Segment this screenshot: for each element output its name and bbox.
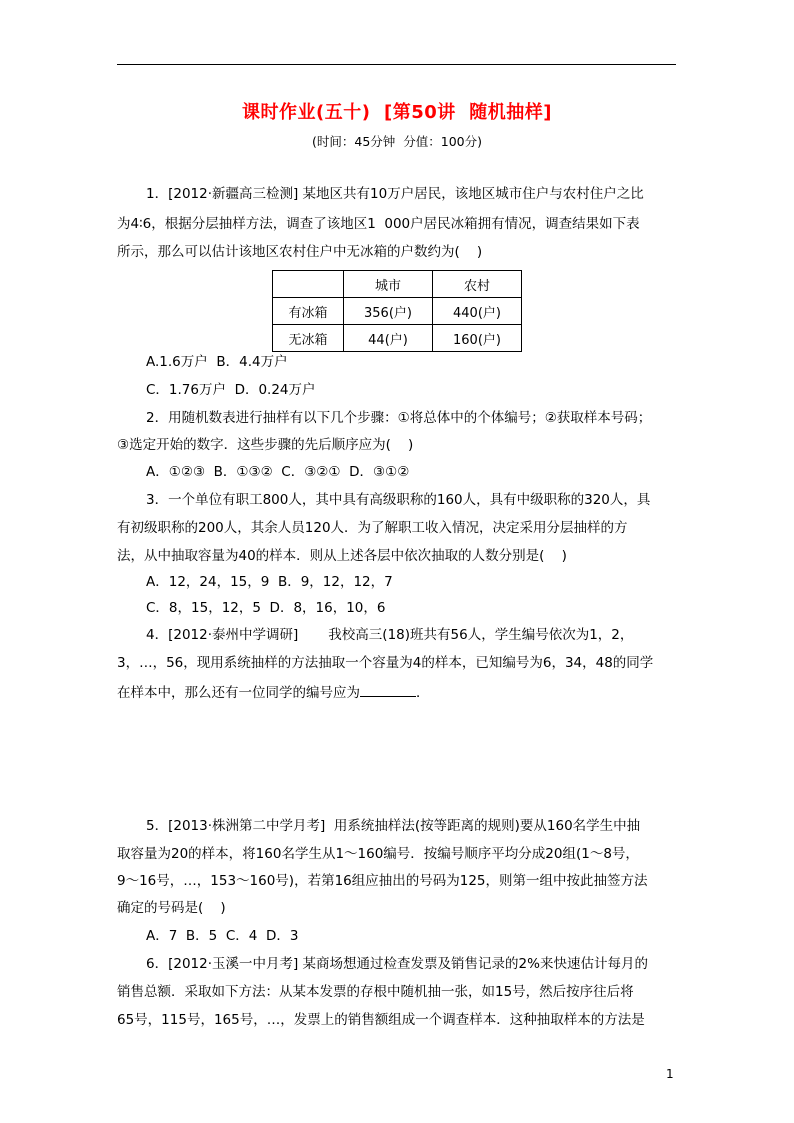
page-number: 1 [666, 1067, 674, 1081]
question-3-options-2: C．8，15，12，5 D．8，16，10，6 [146, 600, 385, 616]
question-6-line-2: 销售总额．采取如下方法：从某本发票的存根中随机抽一张，如15号，然后按序往后将 [117, 984, 634, 1000]
header-rule [117, 64, 676, 65]
table-cell: 440(户) [433, 298, 522, 325]
table-cell: 160(户) [433, 325, 522, 352]
question-1-line-1: 1．[2012·新疆高三检测] 某地区共有10万户居民，该地区城市住户与农村住户… [146, 186, 644, 202]
question-6-line-3: 65号，115号，165号，…，发票上的销售额组成一个调查样本．这种抽取样本的方… [117, 1012, 645, 1028]
question-6-line-1: 6．[2012·玉溪一中月考] 某商场想通过检查发票及销售记录的2%来快速估计每… [146, 956, 648, 972]
question-4-line-3: 在样本中，那么还有一位同学的编号应为． [117, 683, 430, 701]
question-1-options-1: A.1.6万户 B．4.4万户 [146, 354, 288, 370]
table-header-cell: 城市 [344, 271, 433, 298]
table-cell: 无冰箱 [273, 325, 344, 352]
table-cell: 有冰箱 [273, 298, 344, 325]
table-header-cell: 农村 [433, 271, 522, 298]
table-row: 有冰箱 356(户) 440(户) [273, 298, 522, 325]
question-3-line-3: 法，从中抽取容量为40的样本．则从上述各层中依次抽取的人数分别是( ) [117, 548, 567, 564]
question-5-line-3: 9～16号，…，153～160号)，若第16组应抽出的号码为125，则第一组中按… [117, 873, 648, 889]
page-title: 课时作业(五十) [第50讲 随机抽样] [0, 98, 794, 124]
question-4-suffix: ． [416, 685, 430, 701]
question-5-line-2: 取容量为20的样本，将160名学生从1～160编号．按编号顺序平均分成20组(1… [117, 846, 639, 862]
question-1-line-2: 为4∶6，根据分层抽样方法，调查了该地区1 000户居民冰箱拥有情况，调查结果如… [117, 216, 640, 232]
question-4-line-1: 4．[2012·泰州中学调研] 我校高三(18)班共有56人，学生编号依次为1，… [146, 627, 633, 643]
question-3-line-2: 有初级职称的200人，其余人员120人．为了解职工收入情况，决定采用分层抽样的方 [117, 520, 628, 536]
question-5-line-1: 5．[2013·株洲第二中学月考] 用系统抽样法(按等距离的规则)要从160名学… [146, 818, 640, 834]
page-subtitle: (时间：45分钟 分值：100分) [0, 132, 794, 150]
table-cell: 44(户) [344, 325, 433, 352]
question-5-line-4: 确定的号码是( ) [117, 900, 226, 916]
question-2-options: A．①②③ B．①③② C．③②① D．③①② [146, 464, 409, 480]
answer-blank [360, 683, 416, 697]
question-4-line-2: 3，…，56，现用系统抽样的方法抽取一个容量为4的样本，已知编号为6，34，48… [117, 655, 653, 671]
question-1-options-2: C．1.76万户 D．0.24万户 [146, 382, 316, 398]
table-header-cell [273, 271, 344, 298]
question-3-line-1: 3．一个单位有职工800人，其中具有高级职称的160人，具有中级职称的320人，… [146, 492, 650, 508]
question-2-line-1: 2．用随机数表进行抽样有以下几个步骤：①将总体中的个体编号；②获取样本号码； [146, 410, 651, 426]
question-4-line-3-text: 在样本中，那么还有一位同学的编号应为 [117, 685, 360, 701]
question-2-line-2: ③选定开始的数字．这些步骤的先后顺序应为( ) [117, 437, 413, 453]
question-1-line-3: 所示，那么可以估计该地区农村住户中无冰箱的户数约为( ) [117, 244, 482, 260]
refrigerator-table: 城市 农村 有冰箱 356(户) 440(户) 无冰箱 44(户) 160(户) [272, 270, 522, 352]
question-3-options-1: A．12，24，15，9 B．9，12，12，7 [146, 574, 393, 590]
table-row: 无冰箱 44(户) 160(户) [273, 325, 522, 352]
question-5-options: A．7 B．5 C．4 D．3 [146, 928, 298, 944]
table-header-row: 城市 农村 [273, 271, 522, 298]
table-cell: 356(户) [344, 298, 433, 325]
